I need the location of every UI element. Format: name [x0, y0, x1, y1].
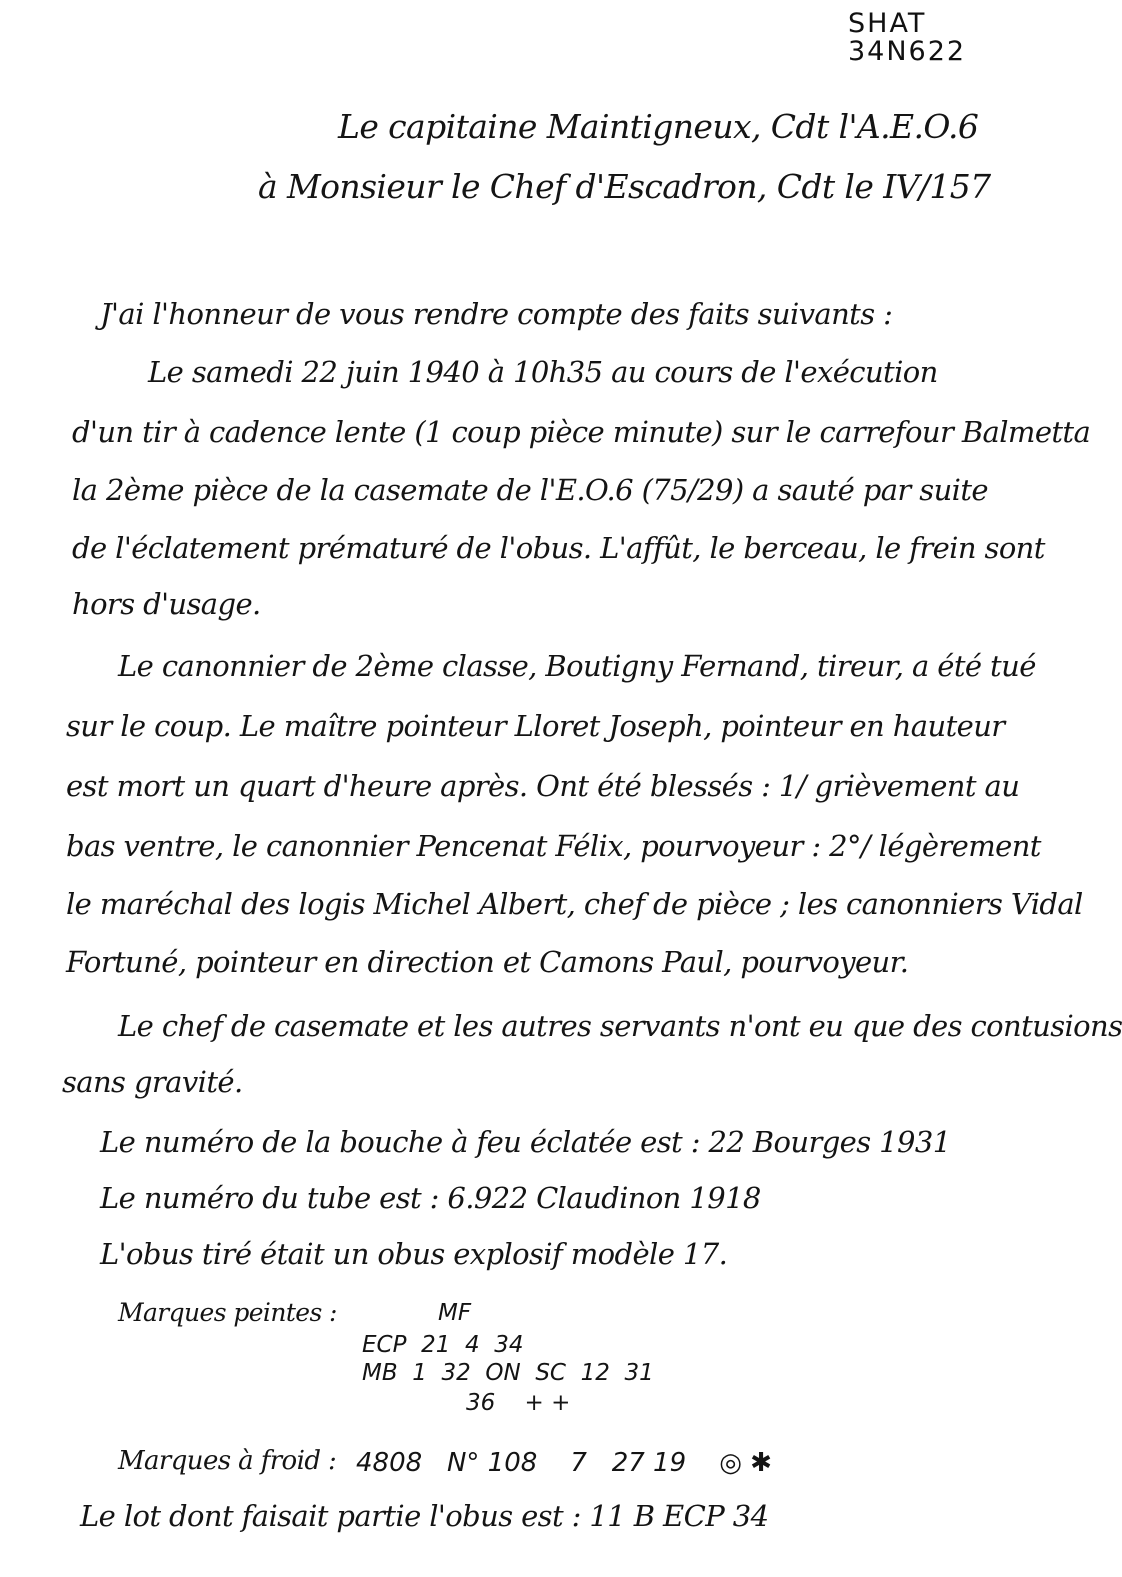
header-to-line: à Monsieur le Chef d'Escadron, Cdt le IV… [258, 170, 991, 203]
paragraph1-line: la 2ème pièce de la casemate de l'E.O.6 … [72, 476, 988, 505]
paragraph2-line: est mort un quart d'heure après. Ont été… [66, 772, 1019, 801]
paragraph1-line: Le samedi 22 juin 1940 à 10h35 au cours … [148, 358, 938, 387]
document-page: SHAT 34N622 Le capitaine Maintigneux, Cd… [0, 0, 1122, 1577]
stamped-marks-values: 4808 N° 108 7 27 19 ◎ ✱ [356, 1450, 772, 1476]
paragraph2-line: bas ventre, le canonnier Pencenat Félix,… [66, 832, 1041, 861]
painted-marks-row: MB 1 32 ON SC 12 31 [362, 1362, 654, 1385]
painted-marks-label: Marques peintes : [118, 1300, 337, 1325]
paragraph1-line: hors d'usage. [72, 590, 261, 619]
paragraph2-line: le maréchal des logis Michel Albert, che… [66, 890, 1083, 919]
lot-line: Le lot dont faisait partie l'obus est : … [80, 1502, 768, 1531]
painted-marks-row: ECP 21 4 34 [362, 1334, 524, 1357]
detail-line-tube-number: Le numéro du tube est : 6.922 Claudinon … [100, 1184, 761, 1213]
header-from-line: Le capitaine Maintigneux, Cdt l'A.E.O.6 [338, 110, 978, 143]
archive-reference-line1: SHAT [848, 10, 966, 38]
detail-line-shell-type: L'obus tiré était un obus explosif modèl… [100, 1240, 727, 1269]
paragraph2-line: Le canonnier de 2ème classe, Boutigny Fe… [118, 652, 1036, 681]
archive-reference-line2: 34N622 [848, 38, 966, 66]
detail-line-gun-number: Le numéro de la bouche à feu éclatée est… [100, 1128, 951, 1157]
painted-marks-row: MF [438, 1302, 471, 1325]
opening-line: J'ai l'honneur de vous rendre compte des… [100, 300, 892, 329]
archive-reference: SHAT 34N622 [848, 10, 966, 67]
paragraph1-line: de l'éclatement prématuré de l'obus. L'a… [72, 534, 1045, 563]
painted-marks-row: 36 + + [466, 1392, 570, 1415]
paragraph2-line: sur le coup. Le maître pointeur Lloret J… [66, 712, 1005, 741]
paragraph1-line: d'un tir à cadence lente (1 coup pièce m… [72, 418, 1090, 447]
paragraph2-line: Fortuné, pointeur en direction et Camons… [66, 948, 908, 977]
paragraph3-line: sans gravité. [62, 1068, 243, 1097]
paragraph3-line: Le chef de casemate et les autres servan… [118, 1012, 1122, 1041]
stamped-marks-label: Marques à froid : [118, 1448, 336, 1474]
